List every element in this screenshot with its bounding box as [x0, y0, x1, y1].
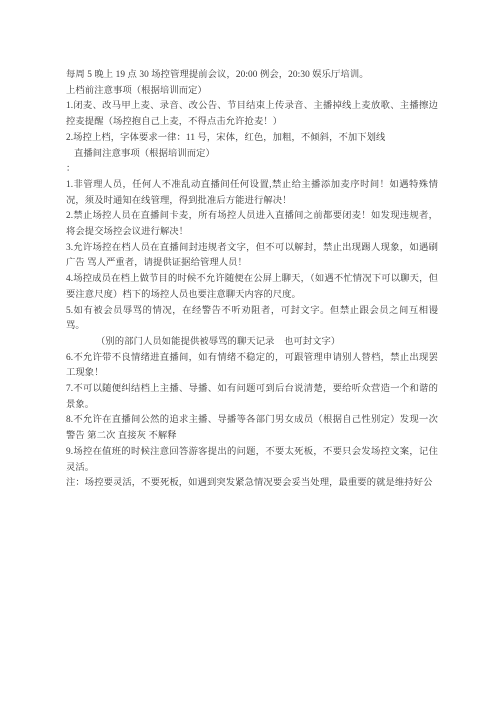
section2-item-1: 1.非管理人员，任何人不准乱动直播间任何设置,禁止给主播添加麦序时间！如遇特殊情… [66, 178, 438, 209]
section2-item-3: 3.允许场控在档人员在直播间封违规者文字，但不可以解封，禁止出现踢人现象，如遇刷… [66, 241, 438, 272]
section2-item-6: 6.不允许带不良情绪进直播间，如有情绪不稳定的，可跟管理申请别人替档，禁止出现罢… [66, 351, 438, 382]
note-line: 注：场控要灵活，不要死板，如遇到突发紧急情况要会妥当处理，最重要的就是维持好公 [66, 476, 438, 492]
section1-item-2: 2.场控上档，字体要求一律：11 号，宋体，红色，加粗，不倾斜，不加下划线 [66, 131, 438, 147]
intro-line: 每周 5 晚上 19 点 30 场控管理提前会议，20:00 例会，20:30 … [66, 68, 438, 84]
section2-item-5: 5.如有被会员辱骂的情况，在经警告不听劝阻者，可封文字。但禁止跟会员之间互相谩骂… [66, 304, 438, 335]
section2-colon: ： [66, 162, 438, 178]
section2-item-4: 4.场控成员在档上做节目的时候不允许随便在公屏上聊天，（如遇不忙情况下可以聊天，… [66, 272, 438, 303]
section1-heading: 上档前注意事项（根据培训而定） [66, 84, 438, 100]
section2-item-2: 2.禁止场控人员在直播间卡麦，所有场控人员进入直播间之前都要闭麦！如发现违规者，… [66, 209, 438, 240]
section2-item-7: 7.不可以随便纠结档上主播、导播、如有问题可到后台说清楚，要给听众营造一个和谐的… [66, 382, 438, 413]
document-body: 每周 5 晚上 19 点 30 场控管理提前会议，20:00 例会，20:30 … [0, 0, 500, 492]
section2-heading: 直播间注意事项（根据培训而定） [66, 147, 438, 163]
section2-item-9: 9.场控在值班的时候注意回答游客提出的问题，不要太死板，不要只会发场控文案，记住… [66, 445, 438, 476]
section2-item-5-parenthetical: （别的部门人员如能提供被辱骂的聊天记录 也可封文字） [66, 335, 438, 351]
section1-item-1: 1.闭麦、改马甲上麦、录音、改公告、节目结束上传录音、主播掉线上麦放歌、主播擦边… [66, 99, 438, 130]
document-page: 每周 5 晚上 19 点 30 场控管理提前会议，20:00 例会，20:30 … [0, 0, 500, 708]
section2-item-8: 8.不允许在直播间公然的追求主播、导播等各部门男女成员（根据自己性别定）发现一次… [66, 413, 438, 444]
